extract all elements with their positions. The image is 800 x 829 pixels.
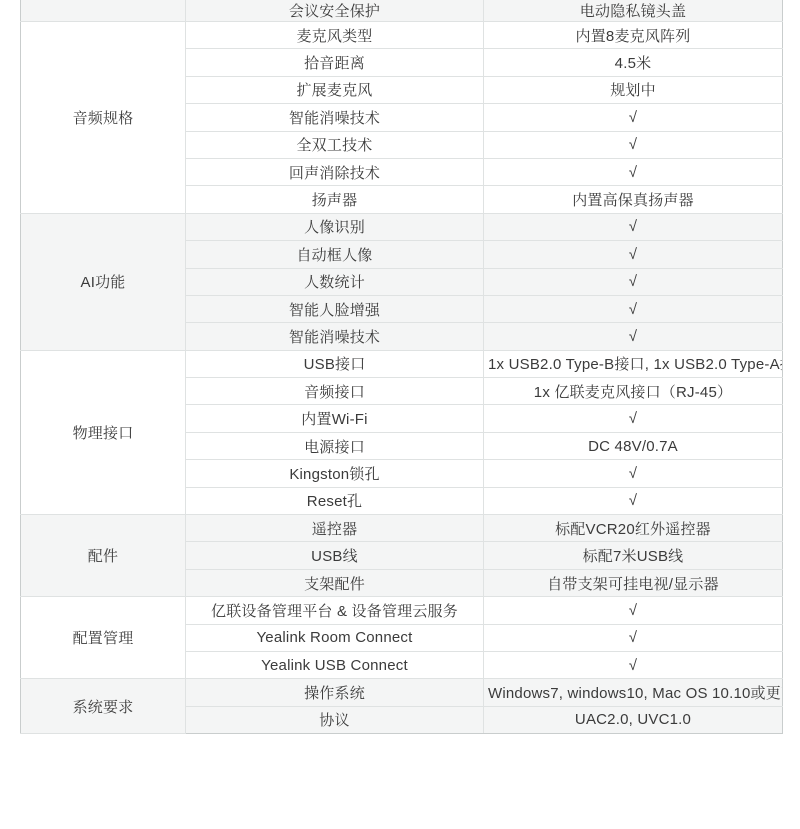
spec-value-cell: 自带支架可挂电视/显示器 [484,569,783,596]
spec-row: 配置管理亿联设备管理平台 & 设备管理云服务√ [21,597,783,624]
spec-row: 会议安全保护电动隐私镜头盖 [21,0,783,22]
spec-category-cell: 系统要求 [21,679,186,734]
spec-table: 会议安全保护电动隐私镜头盖音频规格麦克风类型内置8麦克风阵列拾音距离4.5米扩展… [20,0,783,734]
spec-item-cell: Yealink USB Connect [186,651,484,678]
spec-item-cell: 自动框人像 [186,241,484,268]
spec-value-cell: 标配7米USB线 [484,542,783,569]
spec-item-cell: 协议 [186,706,484,733]
spec-item-cell: 亿联设备管理平台 & 设备管理云服务 [186,597,484,624]
spec-item-cell: Yealink Room Connect [186,624,484,651]
check-mark: √ [484,597,783,624]
check-mark: √ [484,460,783,487]
spec-value-cell: 电动隐私镜头盖 [484,0,783,22]
spec-value-cell: 规划中 [484,76,783,103]
spec-value-cell: 内置8麦克风阵列 [484,22,783,49]
spec-item-cell: 内置Wi-Fi [186,405,484,432]
spec-table-body: 会议安全保护电动隐私镜头盖音频规格麦克风类型内置8麦克风阵列拾音距离4.5米扩展… [21,0,783,734]
spec-value-cell: 1x USB2.0 Type-B接口, 1x USB2.0 Type-A接口 [484,350,783,377]
spec-item-cell: 人像识别 [186,213,484,240]
check-mark: √ [484,241,783,268]
spec-category-cell: 物理接口 [21,350,186,514]
check-mark: √ [484,268,783,295]
spec-category-cell: 音频规格 [21,22,186,214]
spec-category-cell: AI功能 [21,213,186,350]
check-mark: √ [484,158,783,185]
check-mark: √ [484,213,783,240]
spec-table-section: 会议安全保护电动隐私镜头盖音频规格麦克风类型内置8麦克风阵列拾音距离4.5米扩展… [20,0,782,734]
spec-item-cell: 电源接口 [186,432,484,459]
spec-value-cell: 4.5米 [484,49,783,76]
spec-item-cell: 遥控器 [186,515,484,542]
spec-row: 配件遥控器标配VCR20红外遥控器 [21,515,783,542]
spec-item-cell: 麦克风类型 [186,22,484,49]
spec-row: 系统要求操作系统Windows7, windows10, Mac OS 10.1… [21,679,783,706]
spec-item-cell: Kingston锁孔 [186,460,484,487]
spec-item-cell: 操作系统 [186,679,484,706]
spec-value-cell: 内置高保真扬声器 [484,186,783,213]
spec-value-cell: 标配VCR20红外遥控器 [484,515,783,542]
spec-category-cell: 配件 [21,515,186,597]
spec-item-cell: USB线 [186,542,484,569]
check-mark: √ [484,405,783,432]
spec-item-cell: 智能人脸增强 [186,295,484,322]
spec-item-cell: 拾音距离 [186,49,484,76]
spec-item-cell: 音频接口 [186,378,484,405]
spec-item-cell: 支架配件 [186,569,484,596]
spec-row: 音频规格麦克风类型内置8麦克风阵列 [21,22,783,49]
check-mark: √ [484,651,783,678]
spec-value-cell: 1x 亿联麦克风接口（RJ-45） [484,378,783,405]
spec-category-cell [21,0,186,22]
check-mark: √ [484,131,783,158]
spec-item-cell: 智能消噪技术 [186,104,484,131]
spec-value-cell: UAC2.0, UVC1.0 [484,706,783,733]
spec-item-cell: 会议安全保护 [186,0,484,22]
check-mark: √ [484,323,783,350]
spec-item-cell: 扬声器 [186,186,484,213]
spec-row: AI功能人像识别√ [21,213,783,240]
spec-item-cell: 智能消噪技术 [186,323,484,350]
check-mark: √ [484,624,783,651]
spec-value-cell: DC 48V/0.7A [484,432,783,459]
spec-item-cell: 扩展麦克风 [186,76,484,103]
spec-item-cell: 全双工技术 [186,131,484,158]
check-mark: √ [484,104,783,131]
spec-item-cell: 回声消除技术 [186,158,484,185]
spec-item-cell: USB接口 [186,350,484,377]
spec-item-cell: 人数统计 [186,268,484,295]
check-mark: √ [484,295,783,322]
spec-category-cell: 配置管理 [21,597,186,679]
spec-item-cell: Reset孔 [186,487,484,514]
check-mark: √ [484,487,783,514]
spec-value-cell: Windows7, windows10, Mac OS 10.10或更高 [484,679,783,706]
spec-row: 物理接口USB接口1x USB2.0 Type-B接口, 1x USB2.0 T… [21,350,783,377]
